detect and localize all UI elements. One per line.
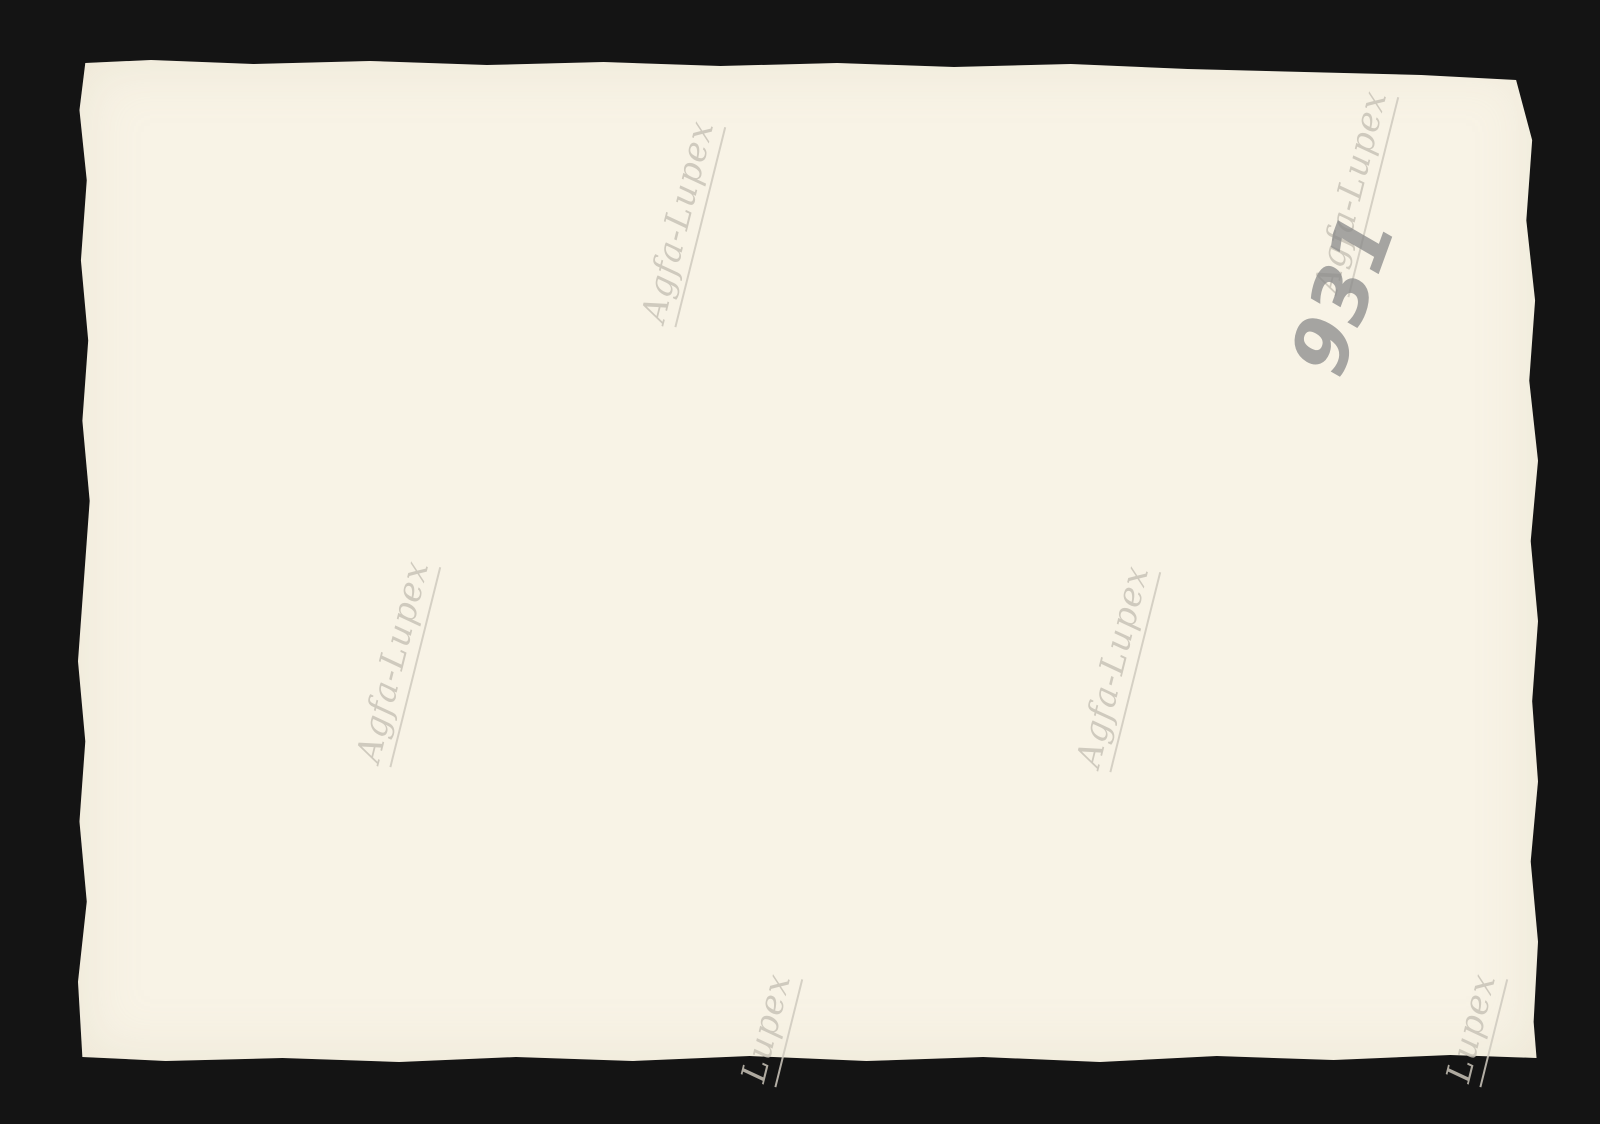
photo-paper-back [78, 60, 1538, 1062]
